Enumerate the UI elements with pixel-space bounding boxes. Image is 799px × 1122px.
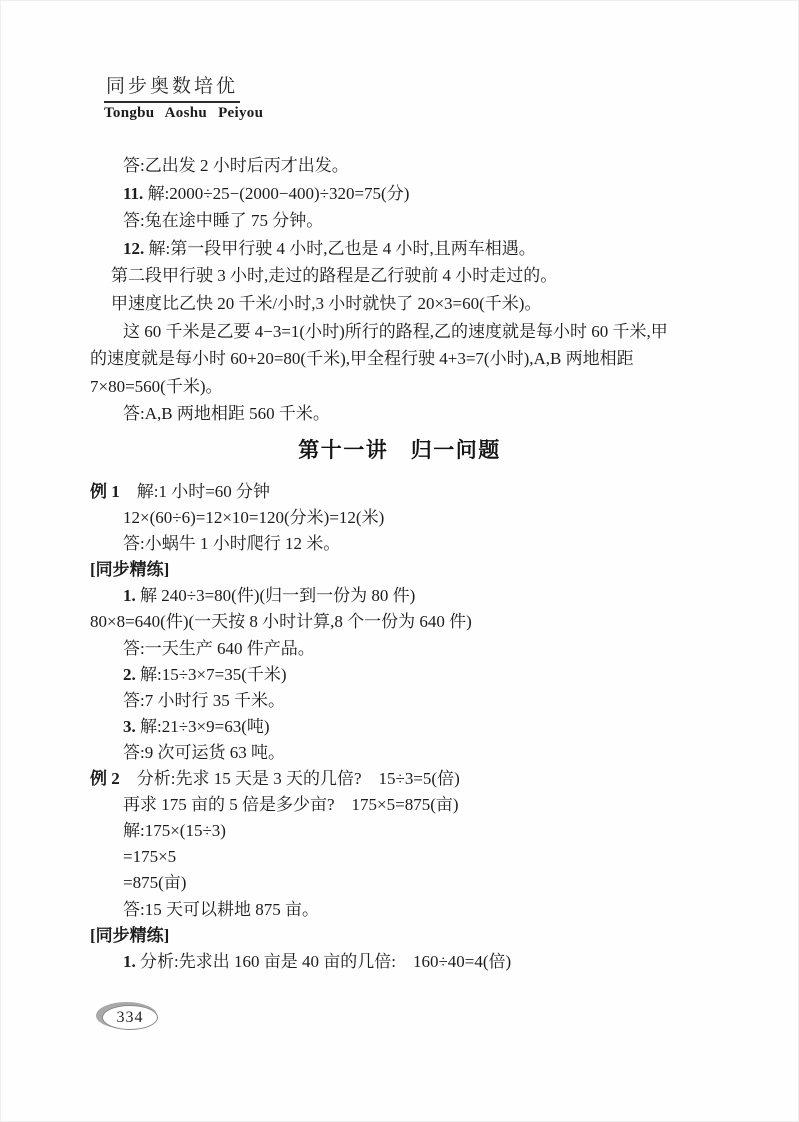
text-segment: 答:15 天可以耕地 875 亩。 [123,900,319,919]
text-line: 第二段甲行驶 3 小时,走过的路程是乙行驶前 4 小时走过的。 [90,262,710,290]
text-line: =875(亩) [90,870,710,896]
text-segment-bold: 例 1 [90,482,120,501]
text-segment-bold: 11. [123,184,143,203]
text-segment: 答:一天生产 640 件产品。 [123,639,315,658]
book-title-chinese: 同步奥数培优 [104,71,240,103]
text-segment: 答:9 次可运货 63 吨。 [123,743,285,762]
text-line: 80×8=640(件)(一天按 8 小时计算,8 个一份为 640 件) [90,609,710,635]
text-line: [同步精练] [90,557,710,583]
text-line: 的速度就是每小时 60+20=80(千米),甲全程行驶 4+3=7(小时),A,… [90,345,710,373]
page-number-badge: 334 [96,1002,162,1032]
text-line: 例 1 解:1 小时=60 分钟 [90,479,710,505]
text-line: 这 60 千米是乙要 4−3=1(小时)所行的路程,乙的速度就是每小时 60 千… [90,318,710,346]
text-line: 11. 解:2000÷25−(2000−400)÷320=75(分) [90,180,710,208]
text-line: =175×5 [90,844,710,870]
text-segment: 答:A,B 两地相距 560 千米。 [123,404,330,423]
text-segment: 分析:先求 15 天是 3 天的几倍? 15÷3=5(倍) [120,769,460,788]
text-segment: 答:7 小时行 35 千米。 [123,691,285,710]
text-segment: 第二段甲行驶 3 小时,走过的路程是乙行驶前 4 小时走过的。 [111,266,557,285]
text-segment: 解:第一段甲行驶 4 小时,乙也是 4 小时,且两车相遇。 [144,239,535,258]
text-segment: 12×(60÷6)=12×10=120(分米)=12(米) [123,508,384,527]
text-line: 答:7 小时行 35 千米。 [90,688,710,714]
text-line: 再求 175 亩的 5 倍是多少亩? 175×5=875(亩) [90,792,710,818]
text-segment: 答:小蜗牛 1 小时爬行 12 米。 [123,534,340,553]
text-segment: 再求 175 亩的 5 倍是多少亩? 175×5=875(亩) [123,795,459,814]
text-line: 甲速度比乙快 20 千米/小时,3 小时就快了 20×3=60(千米)。 [90,290,710,318]
text-line: 答:A,B 两地相距 560 千米。 [90,400,710,428]
text-segment-bold: [同步精练] [90,560,169,579]
text-segment: 分析:先求出 160 亩是 40 亩的几倍: 160÷40=4(倍) [136,952,511,971]
page-number-oval: 334 [102,1005,158,1030]
text-segment: =175×5 [123,847,176,866]
text-segment-bold: 1. [123,586,136,605]
page: 同步奥数培优 Tongbu Aoshu Peiyou 答:乙出发 2 小时后丙才… [0,0,799,1122]
text-segment: 答:兔在途中睡了 75 分钟。 [123,211,323,230]
text-line: 答:乙出发 2 小时后丙才出发。 [90,152,710,180]
text-line: 2. 解:15÷3×7=35(千米) [90,662,710,688]
text-line: 1. 分析:先求出 160 亩是 40 亩的几倍: 160÷40=4(倍) [90,949,710,975]
text-line: 答:15 天可以耕地 875 亩。 [90,897,710,923]
lecture-content-block: 例 1 解:1 小时=60 分钟12×(60÷6)=12×10=120(分米)=… [90,479,710,975]
book-header: 同步奥数培优 Tongbu Aoshu Peiyou [104,71,263,122]
text-segment: =875(亩) [123,873,186,892]
text-segment-bold: 2. [123,665,136,684]
text-line: 解:175×(15÷3) [90,818,710,844]
section-title: 第十一讲 归一问题 [1,434,798,464]
text-line: 答:9 次可运货 63 吨。 [90,740,710,766]
text-segment: 80×8=640(件)(一天按 8 小时计算,8 个一份为 640 件) [90,612,472,631]
text-segment: 的速度就是每小时 60+20=80(千米),甲全程行驶 4+3=7(小时),A,… [90,349,634,368]
text-segment: 答:乙出发 2 小时后丙才出发。 [123,156,349,175]
text-line: 12×(60÷6)=12×10=120(分米)=12(米) [90,505,710,531]
text-segment-bold: 例 2 [90,769,120,788]
text-line: 答:小蜗牛 1 小时爬行 12 米。 [90,531,710,557]
page-number: 334 [117,1009,144,1026]
book-title-pinyin: Tongbu Aoshu Peiyou [104,105,263,122]
text-line: 7×80=560(千米)。 [90,373,710,401]
text-segment: 这 60 千米是乙要 4−3=1(小时)所行的路程,乙的速度就是每小时 60 千… [123,322,668,341]
text-segment: 解:2000÷25−(2000−400)÷320=75(分) [143,184,409,203]
text-line: 答:兔在途中睡了 75 分钟。 [90,207,710,235]
text-segment: 甲速度比乙快 20 千米/小时,3 小时就快了 20×3=60(千米)。 [111,294,541,313]
text-line: 3. 解:21÷3×9=63(吨) [90,714,710,740]
text-segment: 解:21÷3×9=63(吨) [136,717,270,736]
text-segment: 解:15÷3×7=35(千米) [136,665,287,684]
text-segment: 解:1 小时=60 分钟 [120,482,270,501]
solutions-block: 答:乙出发 2 小时后丙才出发。11. 解:2000÷25−(2000−400)… [90,152,710,428]
text-line: 例 2 分析:先求 15 天是 3 天的几倍? 15÷3=5(倍) [90,766,710,792]
text-segment-bold: 12. [123,239,144,258]
text-segment: 解:175×(15÷3) [123,821,226,840]
text-line: 12. 解:第一段甲行驶 4 小时,乙也是 4 小时,且两车相遇。 [90,235,710,263]
text-segment: 7×80=560(千米)。 [90,377,223,396]
text-segment-bold: 3. [123,717,136,736]
text-line: 1. 解 240÷3=80(件)(归一到一份为 80 件) [90,583,710,609]
text-line: [同步精练] [90,923,710,949]
text-segment: 解 240÷3=80(件)(归一到一份为 80 件) [136,586,416,605]
text-line: 答:一天生产 640 件产品。 [90,636,710,662]
text-segment-bold: 1. [123,952,136,971]
text-segment-bold: [同步精练] [90,926,169,945]
